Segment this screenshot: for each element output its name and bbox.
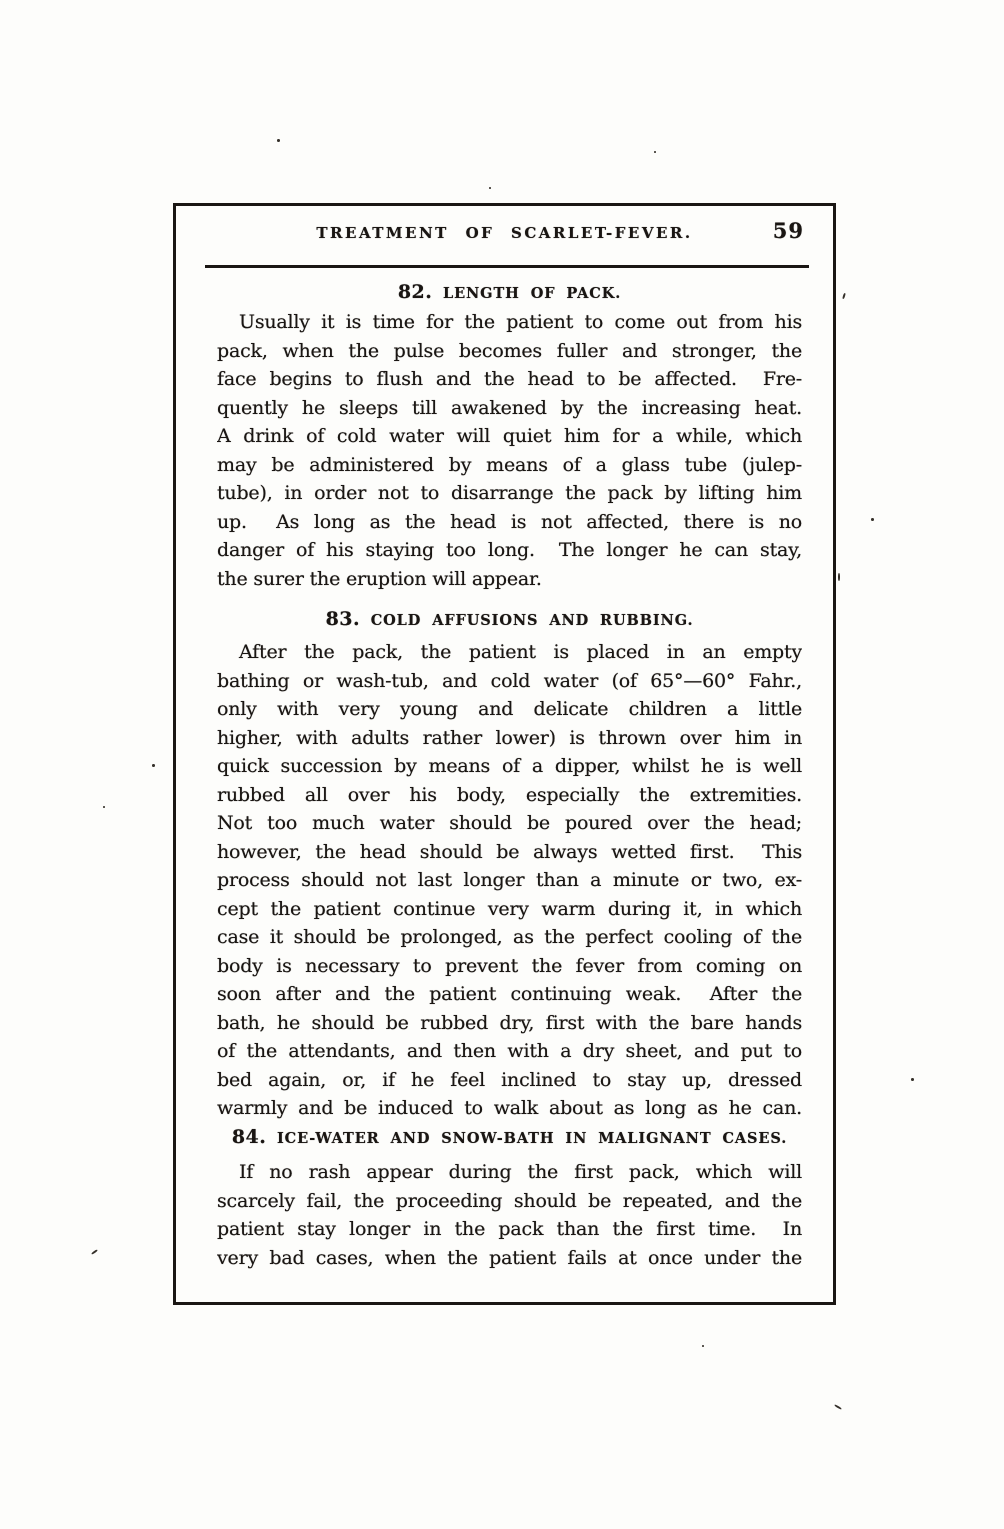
text-line: danger of his staying too long. The long… (217, 536, 802, 565)
scan-speck (911, 1078, 914, 1081)
section-number: 84. (232, 1126, 267, 1148)
scan-speck (871, 518, 874, 521)
section-heading-83: 83. COLD AFFUSIONS AND RUBBING. (217, 608, 802, 630)
text-line: Not too much water should be poured over… (217, 809, 802, 838)
scan-speck (842, 293, 846, 299)
scan-speck (489, 187, 491, 189)
scan-speck (277, 139, 280, 142)
text-line: may be administered by means of a glass … (217, 451, 802, 480)
scan-speck (91, 1249, 98, 1255)
section-title: ICE-WATER AND SNOW-BATH IN MALIGNANT CAS… (277, 1130, 787, 1147)
text-line: warmly and be induced to walk about as l… (217, 1094, 802, 1123)
paragraph-82: Usually it is time for the patient to co… (217, 308, 802, 593)
text-line: up. As long as the head is not affected,… (217, 508, 802, 537)
text-line: quently he sleeps till awakened by the i… (217, 394, 802, 423)
text-line: quick succession by means of a dipper, w… (217, 752, 802, 781)
text-line: body is necessary to prevent the fever f… (217, 952, 802, 981)
text-line: bath, he should be rubbed dry, first wit… (217, 1009, 802, 1038)
text-line: bathing or wash-tub, and cold water (of … (217, 667, 802, 696)
text-line: soon after and the patient continuing we… (217, 980, 802, 1009)
scan-speck (834, 1404, 842, 1410)
scan-speck (152, 764, 155, 767)
paragraph-83: After the pack, the patient is placed in… (217, 638, 802, 1123)
text-line: face begins to flush and the head to be … (217, 365, 802, 394)
page-frame: TREATMENT OF SCARLET-FEVER. 59 82. LENGT… (173, 203, 836, 1305)
text-line: very bad cases, when the patient fails a… (217, 1244, 802, 1273)
text-line: tube), in order not to disarrange the pa… (217, 479, 802, 508)
section-heading-84: 84. ICE-WATER AND SNOW-BATH IN MALIGNANT… (217, 1126, 802, 1148)
text-line: rubbed all over his body, especially the… (217, 781, 802, 810)
text-line: however, the head should be always wette… (217, 838, 802, 867)
book-page-scan: TREATMENT OF SCARLET-FEVER. 59 82. LENGT… (0, 0, 1004, 1529)
text-line: Usually it is time for the patient to co… (217, 308, 802, 337)
text-line: If no rash appear during the first pack,… (217, 1158, 802, 1187)
section-number: 82. (398, 281, 433, 303)
section-number: 83. (326, 608, 361, 630)
header-rule (205, 265, 809, 268)
text-line: A drink of cold water will quiet him for… (217, 422, 802, 451)
text-line: bed again, or, if he feel inclined to st… (217, 1066, 802, 1095)
scan-speck (103, 806, 105, 808)
text-line: the surer the eruption will appear. (217, 565, 802, 594)
text-line: cept the patient continue very warm duri… (217, 895, 802, 924)
text-line: higher, with adults rather lower) is thr… (217, 724, 802, 753)
page-number: 59 (773, 218, 804, 243)
scan-speck (838, 573, 840, 581)
paragraph-84: If no rash appear during the first pack,… (217, 1158, 802, 1272)
text-line: only with very young and delicate childr… (217, 695, 802, 724)
section-title: COLD AFFUSIONS AND RUBBING. (371, 612, 694, 629)
text-line: scarcely fail, the proceeding should be … (217, 1187, 802, 1216)
text-line: case it should be prolonged, as the perf… (217, 923, 802, 952)
text-line: of the attendants, and then with a dry s… (217, 1037, 802, 1066)
text-line: After the pack, the patient is placed in… (217, 638, 802, 667)
section-heading-82: 82. LENGTH OF PACK. (217, 281, 802, 303)
text-line: patient stay longer in the pack than the… (217, 1215, 802, 1244)
text-line: pack, when the pulse becomes fuller and … (217, 337, 802, 366)
running-head-title: TREATMENT OF SCARLET-FEVER. (176, 224, 833, 242)
scan-speck (654, 151, 656, 153)
text-line: process should not last longer than a mi… (217, 866, 802, 895)
scan-speck (702, 1345, 704, 1347)
section-title: LENGTH OF PACK. (443, 285, 621, 302)
